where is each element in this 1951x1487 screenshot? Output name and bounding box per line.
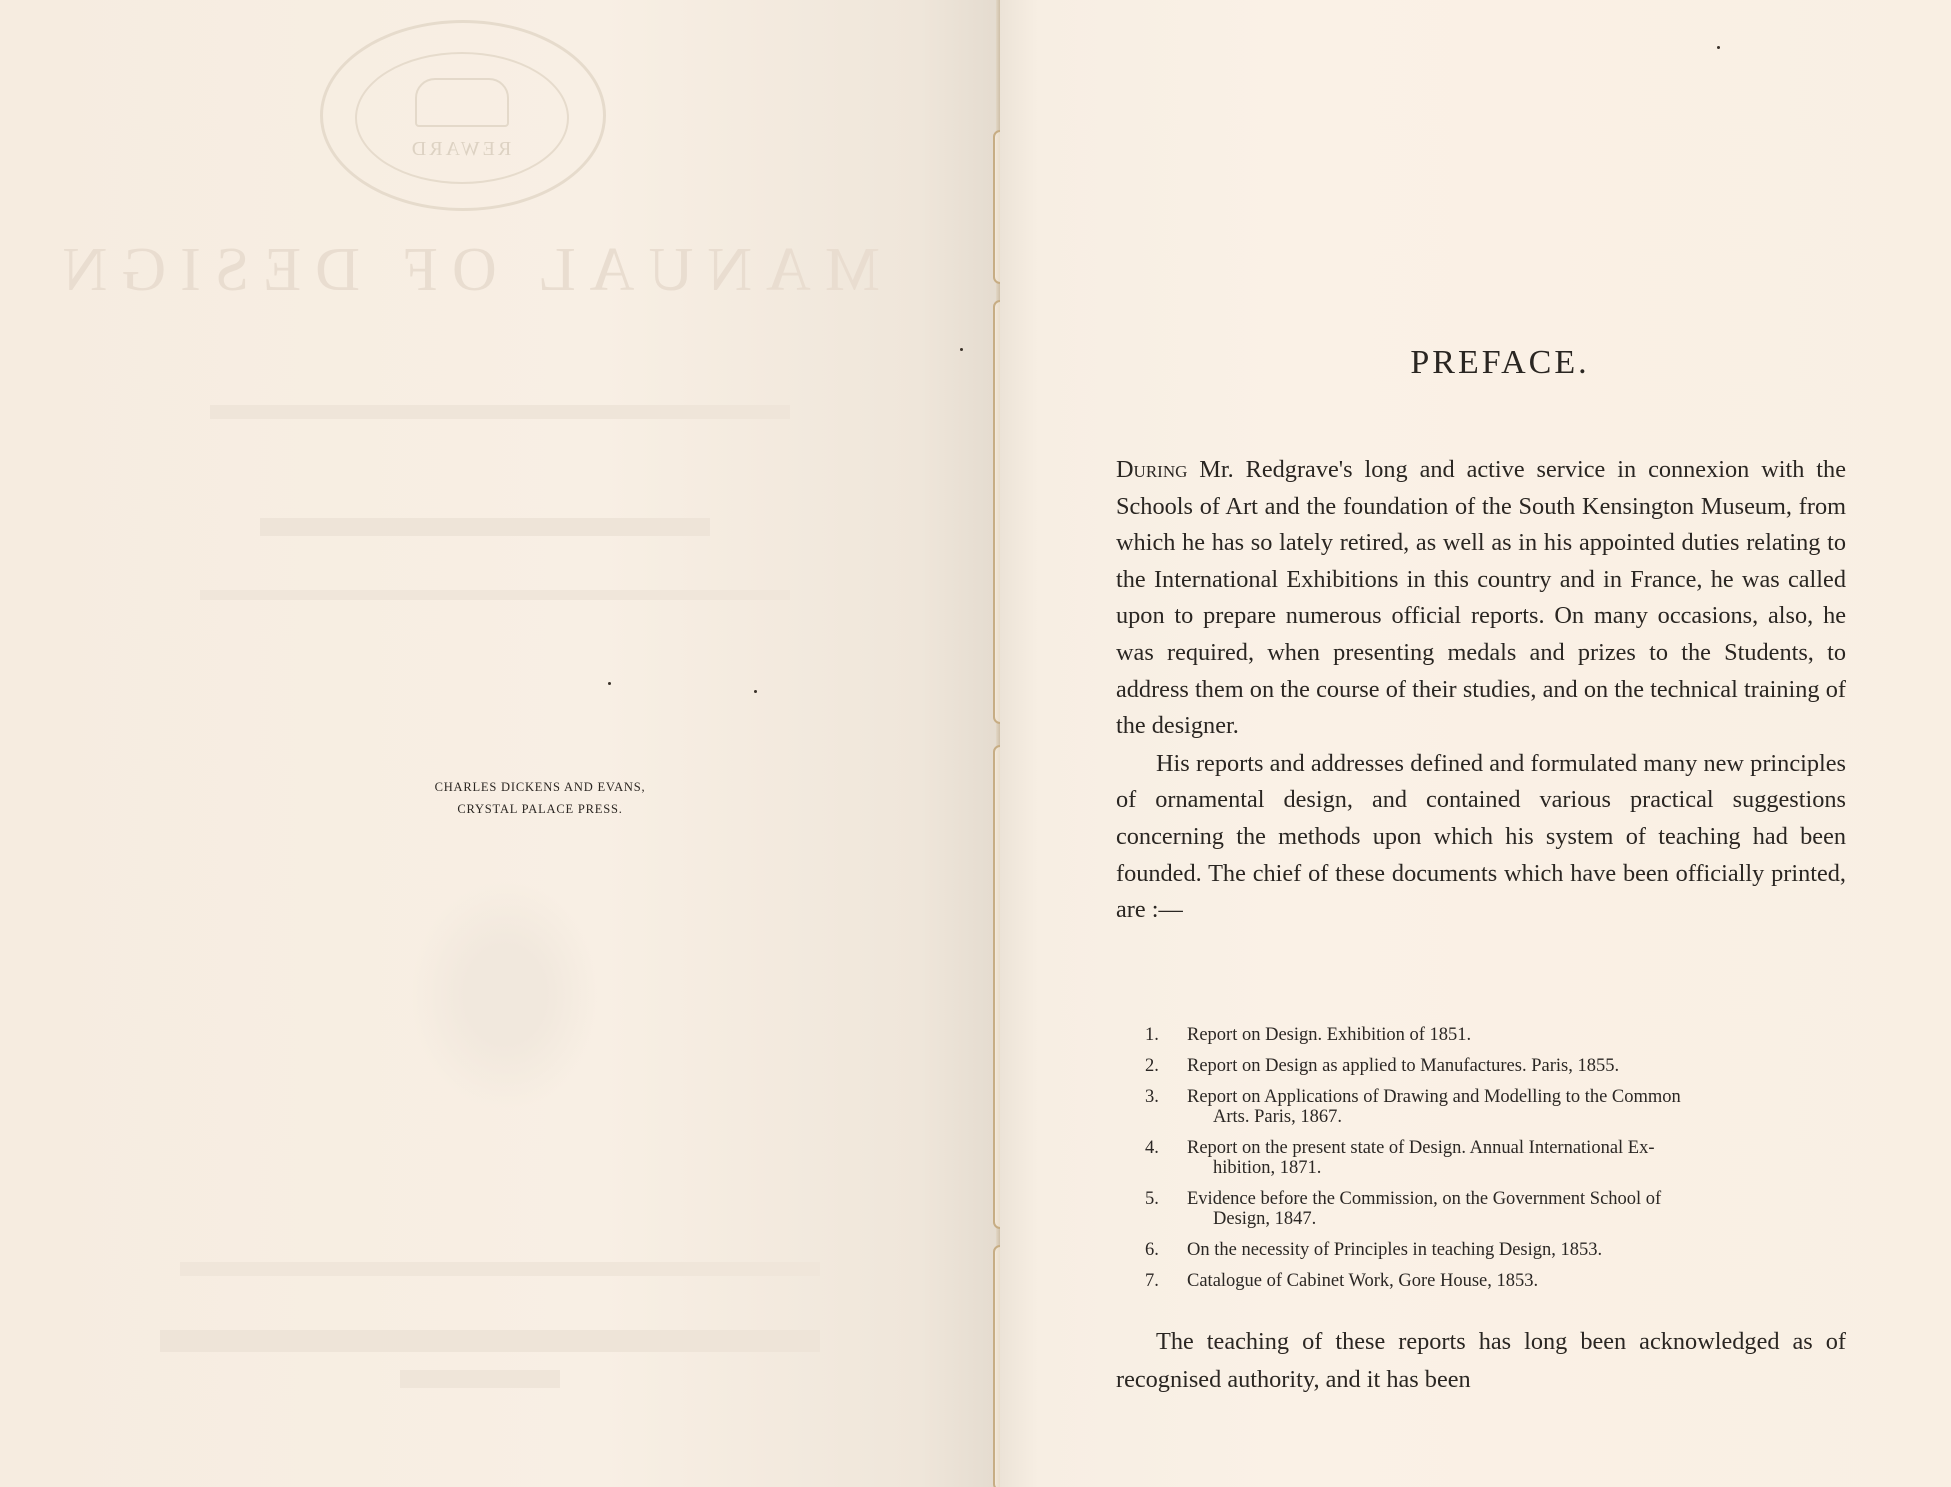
printer-line-2: CRYSTAL PALACE PRESS. [380,798,700,820]
left-page: REWARD MANUAL OF DESIGN CHARLES DICKENS … [0,0,1000,1487]
ghost-line-show-through [400,1370,560,1388]
list-item: 5.Evidence before the Commission, on the… [1145,1189,1845,1229]
list-item: 2.Report on Design as applied to Manufac… [1145,1056,1845,1076]
ghost-line-show-through [200,590,790,600]
ghost-title-show-through: MANUAL OF DESIGN [120,235,880,306]
stamp-center-text: REWARD [400,138,520,161]
reports-list: 1.Report on Design. Exhibition of 1851. … [1145,1025,1845,1302]
page-title: PREFACE. [1100,344,1900,382]
crest-show-through-icon [410,880,600,1110]
ghost-line-show-through [260,518,710,536]
closing-paragraph: The teaching of these reports has long b… [1116,1323,1846,1399]
preface-body: During Mr. Redgrave's long and active se… [1116,452,1846,929]
printer-imprint: CHARLES DICKENS AND EVANS, CRYSTAL PALAC… [380,776,700,820]
paragraph-1-text: Mr. Redgrave's long and active service i… [1116,456,1846,739]
list-item: 7.Catalogue of Cabinet Work, Gore House,… [1145,1271,1845,1291]
ghost-line-show-through [160,1330,820,1352]
crown-icon [415,78,509,127]
paragraph-1: During Mr. Redgrave's long and active se… [1116,452,1846,745]
ghost-line-show-through [210,405,790,419]
list-item: 6.On the necessity of Principles in teac… [1145,1240,1845,1260]
ghost-line-show-through [180,1262,820,1276]
paragraph-2: His reports and addresses defined and fo… [1116,746,1846,929]
list-item: 1.Report on Design. Exhibition of 1851. [1145,1025,1845,1045]
drop-lead-word: During [1116,456,1187,483]
printer-line-1: CHARLES DICKENS AND EVANS, [380,776,700,798]
list-item: 3.Report on Applications of Drawing and … [1145,1087,1845,1127]
list-item: 4.Report on the present state of Design.… [1145,1138,1845,1178]
